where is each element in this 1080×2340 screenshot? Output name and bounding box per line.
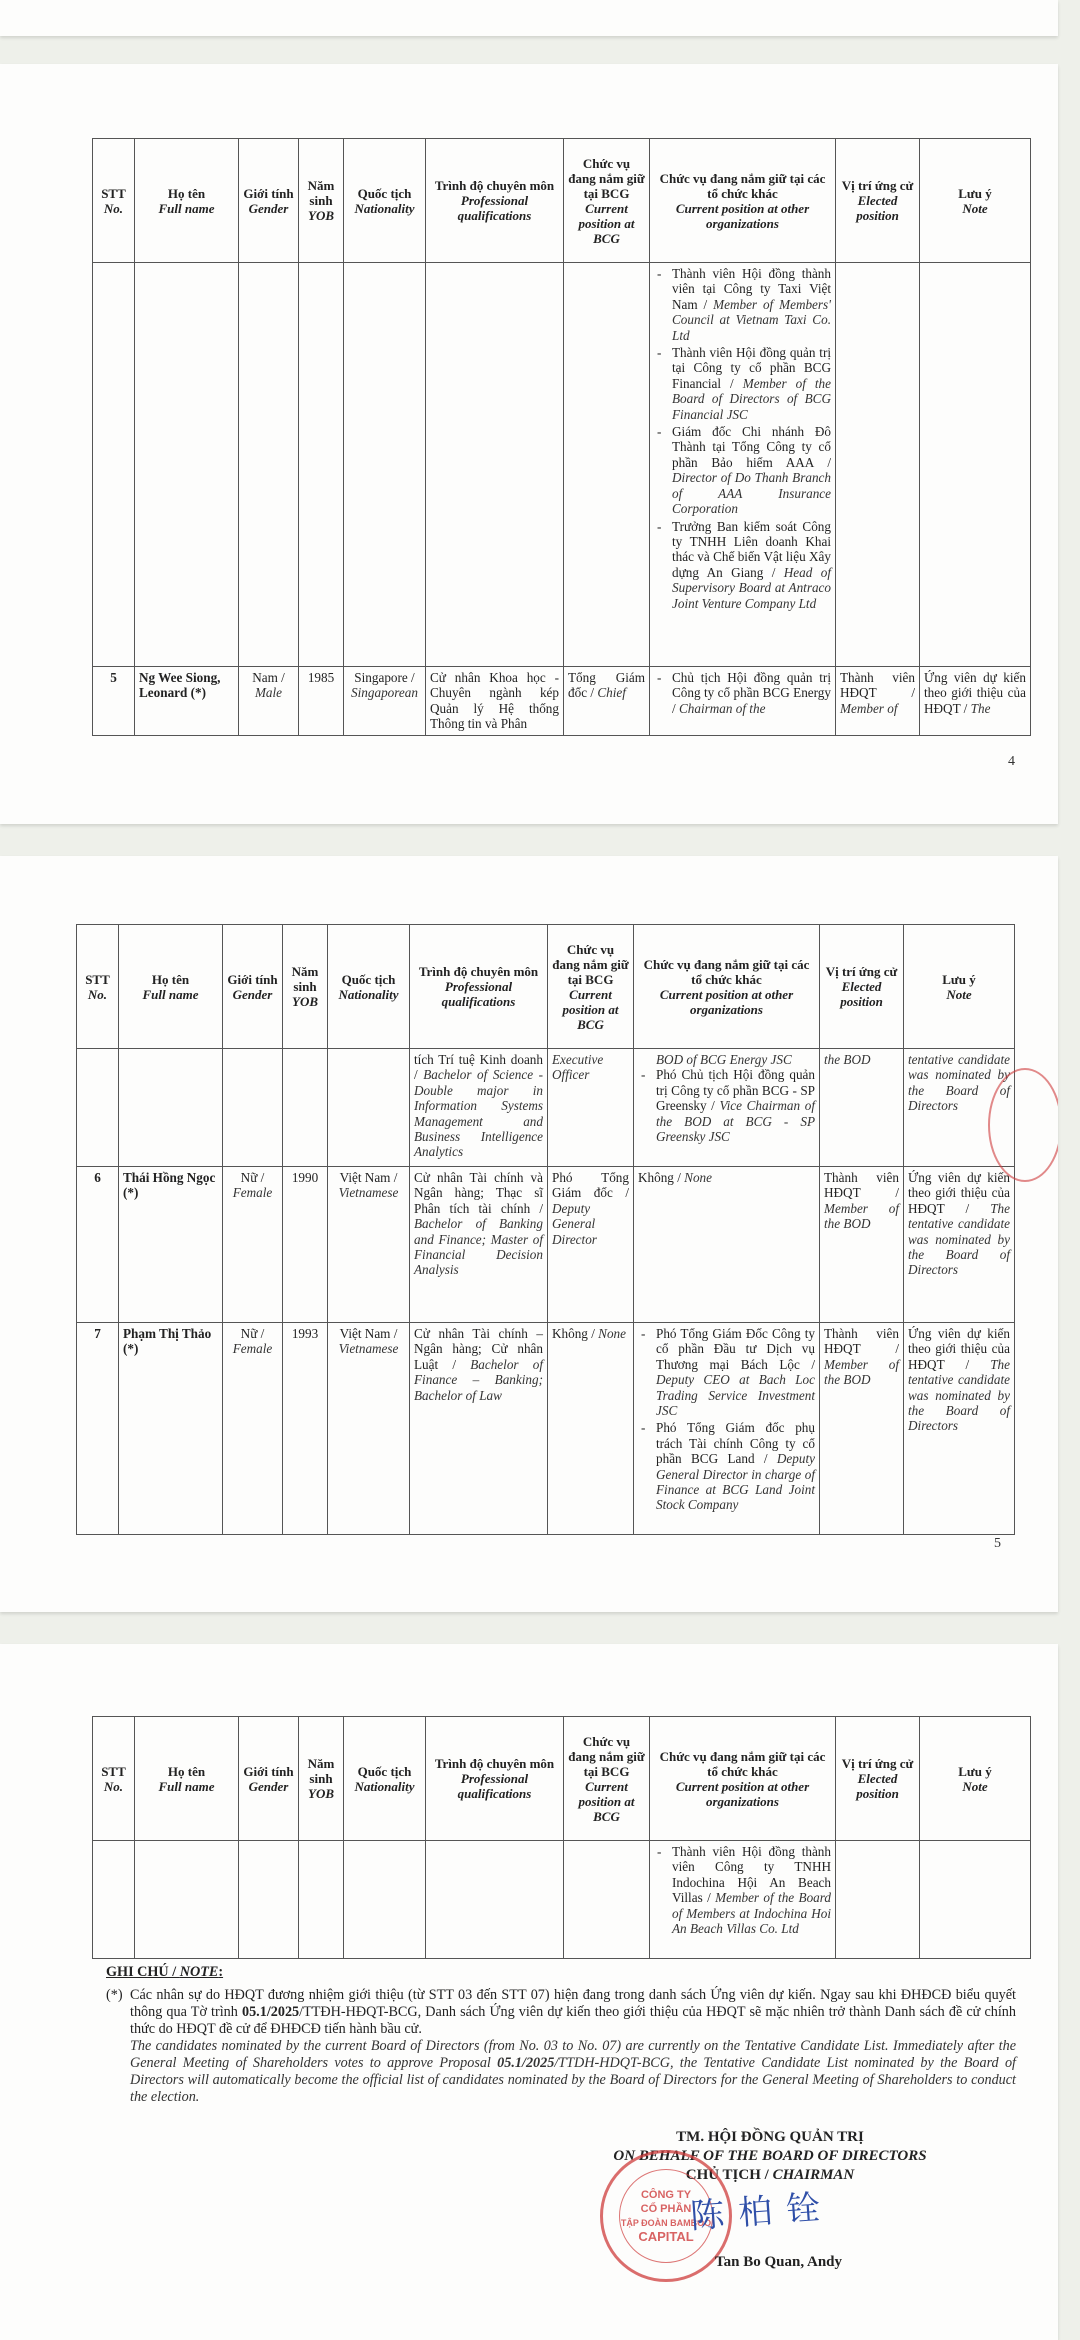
table-row: 7 Phạm Thị Thảo (*) Nữ /Female 1993 Việt… [77,1323,1015,1535]
header-gender: Giới tínhGender [239,139,299,263]
cell-other-positions: Không / None [634,1167,820,1323]
cell-name: Thái Hồng Ngọc (*) [119,1167,223,1323]
page-number: 4 [1008,754,1015,770]
cell-gender: Nam /Male [239,667,299,736]
header-qualifications: Trình độ chuyên mônProfessional qualific… [426,139,564,263]
viewer-scrollbar-track[interactable] [1058,0,1080,2340]
cell-nationality: Việt Nam /Vietnamese [328,1323,410,1535]
page-number: 5 [994,1536,1001,1552]
cell-nationality: Singapore /Singaporean [344,667,426,736]
header-qualifications: Trình độ chuyên mônProfessional qualific… [426,1717,564,1841]
header-nationality: Quốc tịchNationality [328,925,410,1049]
header-note: Lưu ýNote [904,925,1015,1049]
list-item: Giám đốc Chi nhánh Đô Thành tại Tổng Côn… [654,424,831,516]
document-page-4: STTNo. Họ tênFull name Giới tínhGender N… [0,64,1058,824]
header-name: Họ tênFull name [135,1717,239,1841]
table-row: 6 Thái Hồng Ngọc (*) Nữ /Female 1990 Việ… [77,1167,1015,1323]
cell-gender: Nữ /Female [223,1323,283,1535]
cell-yob: 1990 [283,1167,328,1323]
header-bcg-position: Chức vụ đang nắm giữ tại BCGCurrent posi… [548,925,634,1049]
cell-gender: Nữ /Female [223,1167,283,1323]
document-page-3-bottom [0,0,1058,36]
signature-title-en: ON BEHALF OF THE BOARD OF DIRECTORS [560,2147,980,2166]
cell-no: 7 [77,1323,119,1535]
cell-yob: 1985 [299,667,344,736]
company-stamp-partial [988,1068,1058,1182]
notes-section: GHI CHÚ / NOTE: (*) Các nhân sự do HĐQT … [106,1964,1016,2106]
cell-note: Ứng viên dự kiến theo giới thiệu của HĐQ… [904,1167,1015,1323]
table-row-continuation: Thành viên Hội đồng thành viên Công ty T… [93,1841,1031,1959]
candidate-table: STTNo. Họ tênFull name Giới tínhGender N… [92,1716,1031,1959]
header-yob: Năm sinhYOB [299,139,344,263]
list-item: Phó Tổng Giám đốc phụ trách Tài chính Cô… [638,1420,815,1512]
cell-qualifications: Cử nhân Tài chính – Ngân hàng; Cử nhân L… [410,1323,548,1535]
header-no: STTNo. [93,1717,135,1841]
cell-bcg-position: Phó Tổng Giám đốc / Deputy General Direc… [548,1167,634,1323]
cell-elected: the BOD [820,1049,904,1167]
cell-elected: Thành viên HĐQT / Member of [836,667,920,736]
cell-other-positions: Phó Tổng Giám Đốc Công ty cổ phần Đầu tư… [634,1323,820,1535]
cell-no: 6 [77,1167,119,1323]
cell-qualifications: Cử nhân Tài chính và Ngân hàng; Thạc sĩ … [410,1167,548,1323]
header-no: STTNo. [77,925,119,1049]
header-nationality: Quốc tịchNationality [344,1717,426,1841]
candidate-table: STTNo. Họ tênFull name Giới tínhGender N… [76,924,1015,1535]
cell-other-positions: Chủ tịch Hội đồng quản trị Công ty cổ ph… [650,667,836,736]
header-elected: Vị trí ứng cửElected position [820,925,904,1049]
cell-yob: 1993 [283,1323,328,1535]
header-gender: Giới tínhGender [223,925,283,1049]
header-nationality: Quốc tịchNationality [344,139,426,263]
header-name: Họ tênFull name [135,139,239,263]
header-other-positions: Chức vụ đang nắm giữ tại các tổ chức khá… [650,1717,836,1841]
document-page-6: STTNo. Họ tênFull name Giới tínhGender N… [0,1644,1058,2340]
cell-bcg-position: Executive Officer [548,1049,634,1167]
handwritten-signature: 陈柏铨 [688,2179,835,2238]
cell-name: Ng Wee Siong, Leonard (*) [135,667,239,736]
cell-note: Ứng viên dự kiến theo giới thiệu của HĐQ… [904,1323,1015,1535]
header-yob: Năm sinhYOB [283,925,328,1049]
cell-bcg-position: Không / None [548,1323,634,1535]
header-note: Lưu ýNote [920,1717,1031,1841]
document-page-5: STTNo. Họ tênFull name Giới tínhGender N… [0,856,1058,1612]
cell-nationality: Việt Nam /Vietnamese [328,1167,410,1323]
header-name: Họ tênFull name [119,925,223,1049]
cell-other-positions: BOD of BCG Energy JSC Phó Chủ tịch Hội đ… [634,1049,820,1167]
cell-note: Ứng viên dự kiến theo giới thiệu của HĐQ… [920,667,1031,736]
list-item: Trưởng Ban kiểm soát Công ty TNHH Liên d… [654,519,831,611]
list-item: Thành viên Hội đồng thành viên tại Công … [654,266,831,343]
list-item: Thành viên Hội đồng quản trị tại Công ty… [654,345,831,422]
signature-title: TM. HỘI ĐỒNG QUẢN TRỊ [560,2128,980,2147]
note-item: (*) Các nhân sự do HĐQT đương nhiệm giới… [106,1987,1016,2106]
header-other-positions: Chức vụ đang nắm giữ tại các tổ chức khá… [650,139,836,263]
table-row-continuation: Thành viên Hội đồng thành viên tại Công … [93,263,1031,667]
notes-title: GHI CHÚ / NOTE: [106,1964,1016,1981]
header-bcg-position: Chức vụ đang nắm giữ tại BCGCurrent posi… [564,139,650,263]
cell-qualifications: Cử nhân Khoa học - Chuyên ngành kép Quản… [426,667,564,736]
header-other-positions: Chức vụ đang nắm giữ tại các tổ chức khá… [634,925,820,1049]
cell-no: 5 [93,667,135,736]
signer-name: Tan Bo Quan, Andy [715,2254,842,2271]
list-item: Thành viên Hội đồng thành viên Công ty T… [654,1844,831,1936]
note-marker: (*) [106,1987,130,2106]
header-yob: Năm sinhYOB [299,1717,344,1841]
header-elected: Vị trí ứng cửElected position [836,1717,920,1841]
table-row: 5 Ng Wee Siong, Leonard (*) Nam /Male 19… [93,667,1031,736]
list-item: Chủ tịch Hội đồng quản trị Công ty cổ ph… [654,670,831,716]
candidate-table: STTNo. Họ tênFull name Giới tínhGender N… [92,138,1031,736]
cell-elected: Thành viên HĐQT / Member of the BOD [820,1323,904,1535]
header-qualifications: Trình độ chuyên mônProfessional qualific… [410,925,548,1049]
cell-bcg-position: Tổng Giám đốc / Chief [564,667,650,736]
header-no: STTNo. [93,139,135,263]
table-row-continuation: tích Trí tuệ Kinh doanh / Bachelor of Sc… [77,1049,1015,1167]
header-bcg-position: Chức vụ đang nắm giữ tại BCGCurrent posi… [564,1717,650,1841]
header-elected: Vị trí ứng cửElected position [836,139,920,263]
header-gender: Giới tínhGender [239,1717,299,1841]
list-item: Phó Tổng Giám Đốc Công ty cổ phần Đầu tư… [638,1326,815,1418]
list-item: Phó Chủ tịch Hội đồng quản trị Công ty c… [638,1067,815,1144]
header-note: Lưu ýNote [920,139,1031,263]
cell-name: Phạm Thị Thảo (*) [119,1323,223,1535]
other-positions-list: Thành viên Hội đồng thành viên tại Công … [654,266,831,611]
cell-qualifications: tích Trí tuệ Kinh doanh / Bachelor of Sc… [410,1049,548,1167]
cell-elected: Thành viên HĐQT / Member of the BOD [820,1167,904,1323]
